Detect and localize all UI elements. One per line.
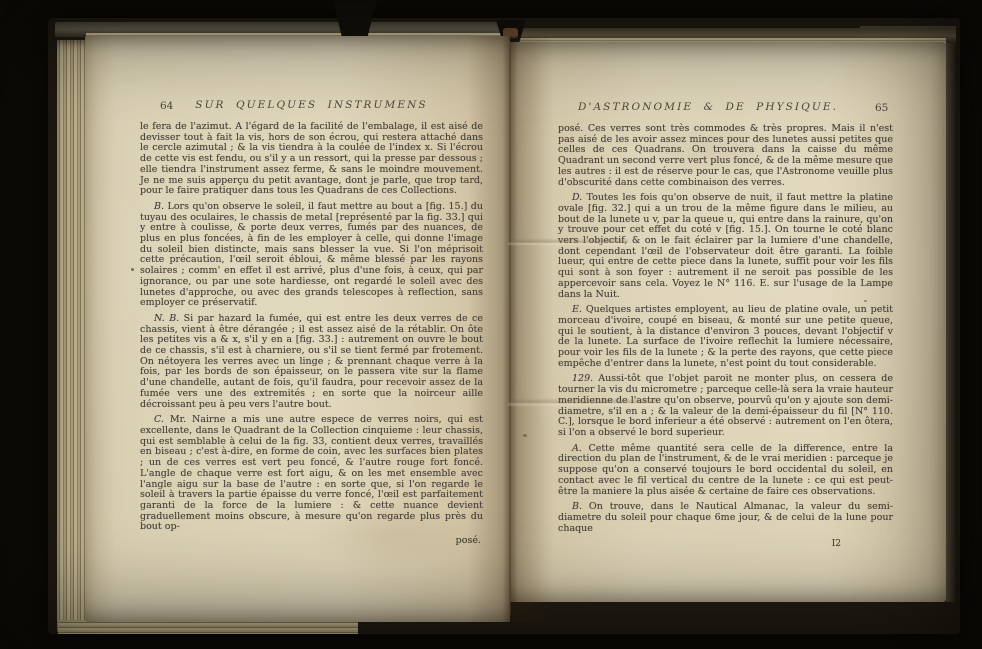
text-block-left: le fera de l'azimut. A l'égard de la fac… <box>140 122 483 547</box>
paragraph-lead: E. <box>572 304 586 315</box>
paragraph-text: le fera de l'azimut. A l'égard de la fac… <box>140 121 483 196</box>
paragraph-lead: 129. <box>572 373 598 384</box>
paper-crease <box>508 398 658 407</box>
paragraph-text: posé. Ces verres sont très commodes & tr… <box>558 123 893 188</box>
paragraph-lead: N. B. <box>154 313 184 324</box>
paragraph-lead: D. <box>572 192 587 203</box>
paragraph-text: On trouve, dans le Nautical Almanac, la … <box>558 501 893 533</box>
gutter-fold-line <box>509 44 511 616</box>
signature-mark: I2 <box>558 539 893 550</box>
paragraph: N. B.Si par hazard la fumée, qui est ent… <box>140 314 483 410</box>
page-number-right: 65 <box>875 102 888 114</box>
paragraph: B.On trouve, dans le Nautical Almanac, l… <box>558 502 893 534</box>
bottom-edge-page-stack <box>58 620 358 634</box>
paragraph: E.Quelques artistes employent, au lieu d… <box>558 305 893 369</box>
paper-crease <box>508 238 628 246</box>
foxing-speck <box>131 268 134 271</box>
paragraph: B.Lors qu'on observe le soleil, il faut … <box>140 202 483 309</box>
cover-edge-right <box>946 32 955 602</box>
paragraph-lead: A. <box>572 443 588 454</box>
catchword: posé. <box>140 536 483 547</box>
book-photo-scene: 64 SUR QUELQUES INSTRUMENS le fera de l'… <box>0 0 982 649</box>
paragraph-text: Mr. Nairne a mis une autre espece de ver… <box>140 414 483 532</box>
paragraph: posé. Ces verres sont très commodes & tr… <box>558 124 893 188</box>
paragraph-lead: B. <box>572 501 589 512</box>
foxing-speck <box>523 434 527 437</box>
paragraph-text: Quelques artistes employent, au lieu de … <box>558 304 893 369</box>
running-title-left: SUR QUELQUES INSTRUMENS <box>140 99 483 111</box>
paragraph: D.Toutes les fois qu'on observe de nuit,… <box>558 193 893 300</box>
paragraph: A.Cette même quantité sera celle de la d… <box>558 444 893 498</box>
paragraph-text: Cette même quantité sera celle de la dif… <box>558 443 893 497</box>
paragraph: C.Mr. Nairne a mis une autre espece de v… <box>140 415 483 533</box>
paragraph-text: Si par hazard la fumée, qui est entre le… <box>140 313 483 410</box>
fore-edge-page-stack <box>57 40 86 632</box>
paragraph: le fera de l'azimut. A l'égard de la fac… <box>140 122 483 197</box>
paragraph-lead: C. <box>154 414 170 425</box>
paragraph-text: Lors qu'on observe le soleil, il faut me… <box>140 201 483 308</box>
paragraph-lead: B. <box>154 201 168 212</box>
text-block-right: posé. Ces verres sont très commodes & tr… <box>558 124 893 550</box>
running-title-right: D'ASTRONOMIE & DE PHYSIQUE. <box>558 101 858 113</box>
